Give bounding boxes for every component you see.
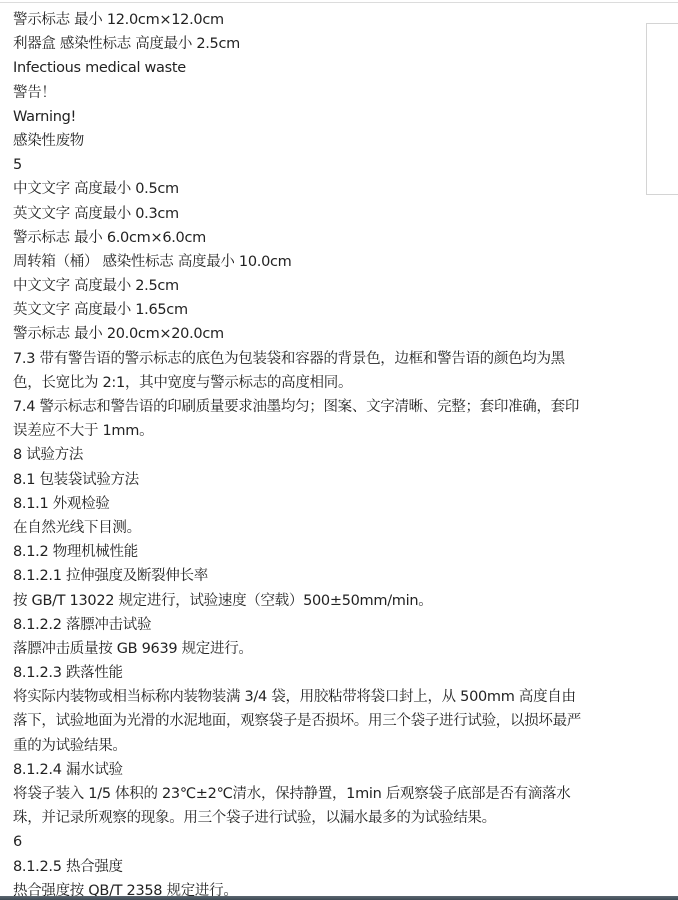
- text-line: 警示标志 最小 20.0cm×20.0cm: [13, 322, 633, 346]
- section-heading: 8.1.2.2 落膘冲击试验: [13, 613, 633, 637]
- text-line: 感染性废物: [13, 129, 633, 153]
- paragraph-line: 色，长宽比为 2:1，其中宽度与警示标志的高度相同。: [13, 371, 633, 395]
- section-heading: 8.1.2.4 漏水试验: [13, 758, 633, 782]
- section-heading: 8.1.2.5 热合强度: [13, 855, 633, 879]
- page-number: 6: [13, 830, 633, 854]
- side-panel: [646, 23, 678, 195]
- section-heading: 8.1.2.1 拉伸强度及断裂伸长率: [13, 564, 633, 588]
- section-heading: 8 试验方法: [13, 443, 633, 467]
- text-line: 周转箱（桶） 感染性标志 高度最小 10.0cm: [13, 250, 633, 274]
- paragraph-line: 落膘冲击质量按 GB 9639 规定进行。: [13, 637, 633, 661]
- page-number: 5: [13, 153, 633, 177]
- taskbar-edge: [0, 896, 678, 900]
- paragraph-line: 在自然光线下目测。: [13, 516, 633, 540]
- top-divider: [0, 2, 678, 3]
- text-line: Warning!: [13, 105, 633, 129]
- paragraph-line: 将袋子装入 1/5 体积的 23℃±2℃清水，保持静置，1min 后观察袋子底部…: [13, 782, 633, 806]
- text-line: 中文文字 高度最小 2.5cm: [13, 274, 633, 298]
- section-heading: 8.1 包装袋试验方法: [13, 468, 633, 492]
- text-line: 利器盒 感染性标志 高度最小 2.5cm: [13, 32, 633, 56]
- paragraph-line: 重的为试验结果。: [13, 734, 633, 758]
- text-line: 警示标志 最小 12.0cm×12.0cm: [13, 8, 633, 32]
- paragraph-line: 7.3 带有警告语的警示标志的底色为包装袋和容器的背景色，边框和警告语的颜色均为…: [13, 347, 633, 371]
- paragraph-line: 珠，并记录所观察的现象。用三个袋子进行试验，以漏水最多的为试验结果。: [13, 806, 633, 830]
- text-line: 警告！: [13, 81, 633, 105]
- text-line: 英文文字 高度最小 1.65cm: [13, 298, 633, 322]
- paragraph-line: 按 GB/T 13022 规定进行，试验速度（空载）500±50mm/min。: [13, 589, 633, 613]
- text-line: 中文文字 高度最小 0.5cm: [13, 177, 633, 201]
- text-line: Infectious medical waste: [13, 56, 633, 80]
- section-heading: 8.1.1 外观检验: [13, 492, 633, 516]
- section-heading: 8.1.2 物理机械性能: [13, 540, 633, 564]
- text-line: 警示标志 最小 6.0cm×6.0cm: [13, 226, 633, 250]
- paragraph-line: 7.4 警示标志和警告语的印刷质量要求油墨均匀；图案、文字清晰、完整；套印准确，…: [13, 395, 633, 419]
- document-body: 警示标志 最小 12.0cm×12.0cm 利器盒 感染性标志 高度最小 2.5…: [13, 8, 633, 900]
- paragraph-line: 误差应不大于 1mm。: [13, 419, 633, 443]
- section-heading: 8.1.2.3 跌落性能: [13, 661, 633, 685]
- text-line: 英文文字 高度最小 0.3cm: [13, 202, 633, 226]
- paragraph-line: 将实际内装物或相当标称内装物装满 3/4 袋，用胶粘带将袋口封上，从 500mm…: [13, 685, 633, 709]
- paragraph-line: 落下，试验地面为光滑的水泥地面，观察袋子是否损坏。用三个袋子进行试验，以损坏最严: [13, 709, 633, 733]
